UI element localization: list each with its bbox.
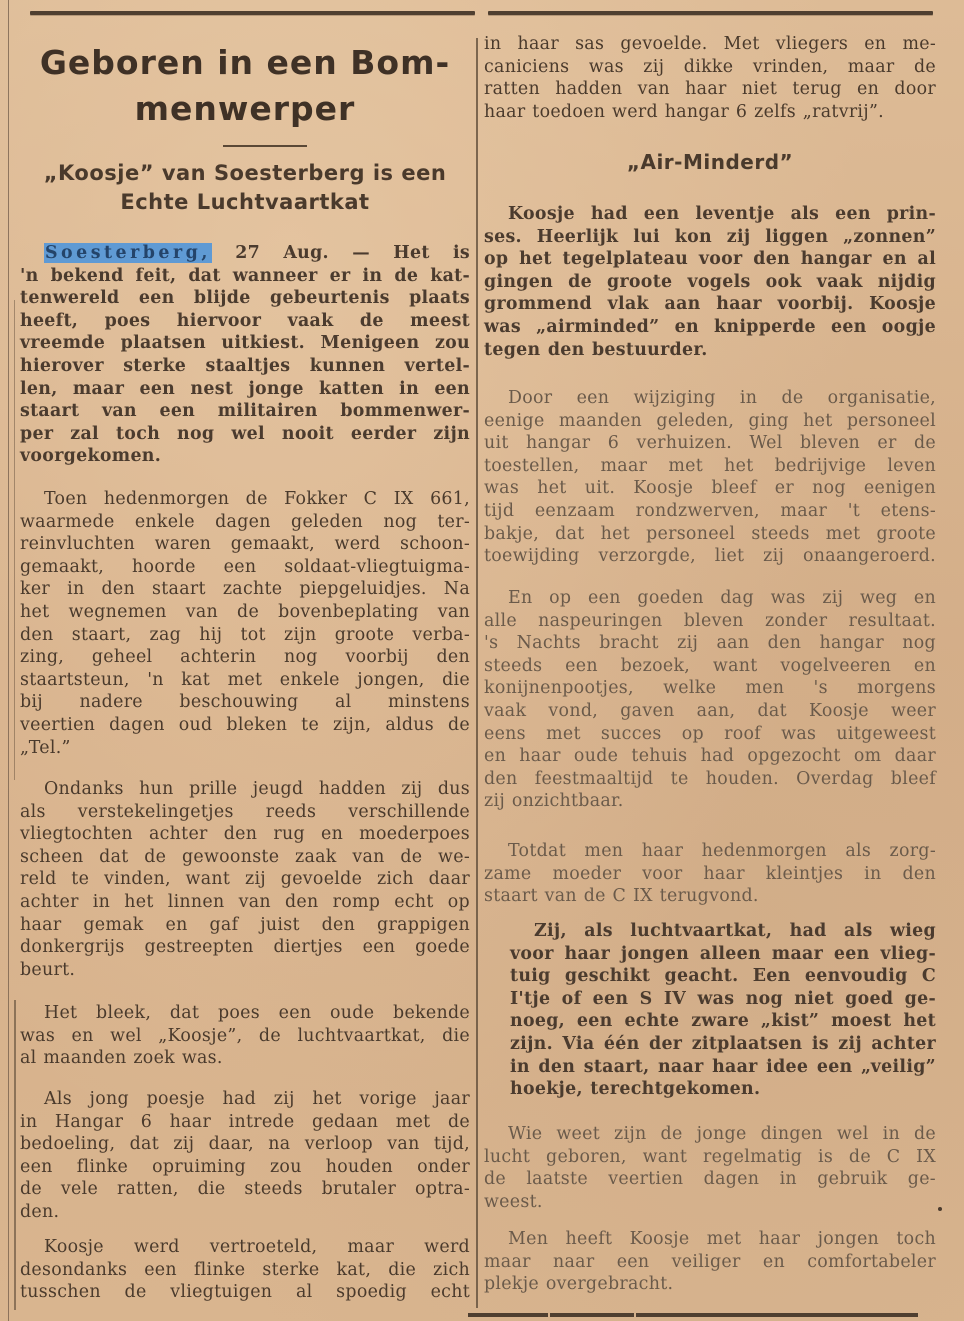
bottom-rule: [550, 1313, 634, 1317]
text-line: en haar oude tehuis had opgezocht om daa…: [484, 745, 936, 768]
paragraph: Het bleek, dat poes een oude bekende was…: [20, 1002, 470, 1070]
article-subheadline: „Koosje” van Soesterberg is een Echte Lu…: [20, 159, 470, 217]
text-line: in haar sas gevoelde. Met vliegers en me…: [484, 33, 936, 56]
left-margin-rule: [14, 1000, 16, 1310]
text-line: Wie weet zijn de jonge dingen wel in de: [484, 1123, 936, 1146]
article-headline: Geboren in een Bom- menwerper: [20, 40, 470, 132]
text-line: grommend vlak aan haar voorbij. Koosje: [484, 293, 936, 316]
text-line: voor haar jongen alleen maar een vlieg-: [510, 943, 936, 966]
paragraph: Door een wijziging in de organisatie, ee…: [484, 387, 936, 568]
text-line: weest.: [484, 1191, 936, 1214]
column-divider: [476, 38, 478, 1308]
text-line: tegen den bestuurder.: [484, 339, 936, 362]
text-line: zij onzichtbaar.: [484, 790, 936, 813]
text-line: in den staart, naar haar idee een „veili…: [510, 1056, 936, 1079]
text-line: gingen de groote vogels ook vaak nijdig: [484, 271, 936, 294]
left-margin-rule-upper: [14, 300, 15, 780]
text-line: den staart, zag hij tot zijn groote verb…: [20, 624, 470, 647]
text-line: tusschen de vliegtuigen al spoedig echt: [20, 1281, 470, 1304]
text-line: was „airminded” en knipperde een oogje: [484, 316, 936, 339]
continuation-paragraph: in haar sas gevoelde. Met vliegers en me…: [484, 33, 936, 123]
text-line: in Hangar 6 haar intrede gedaan met de: [20, 1111, 470, 1134]
text-line: konijnenpootjes, welke men 's morgens: [484, 677, 936, 700]
text-line: maar naar een veiliger en comfortabeler: [484, 1251, 936, 1274]
text-line: veertien dagen oud bleken te zijn, aldus…: [20, 714, 470, 737]
text-line: als verstekelingetjes reeds verschillend…: [20, 801, 470, 824]
dateline-city-highlighted[interactable]: Soesterberg,: [44, 243, 212, 263]
text-line: len, maar een nest jonge katten in een: [20, 378, 470, 401]
paragraph: Zij, als luchtvaartkat, had als wieg voo…: [510, 920, 936, 1101]
text-line: eenige maanden geleden, ging het persone…: [484, 410, 936, 433]
text-line: Het bleek, dat poes een oude bekende: [20, 1002, 470, 1025]
text-line: Zij, als luchtvaartkat, had als wieg: [510, 920, 936, 943]
paragraph: Koosje werd vertroeteld, maar werd deson…: [20, 1236, 470, 1304]
text-line: „Tel.”: [20, 737, 470, 760]
text-line: zijn. Via één der zitplaatsen is zij ach…: [510, 1033, 936, 1056]
top-rule-left: [30, 11, 475, 15]
text-line: En op een goeden dag was zij weg en: [484, 587, 936, 610]
text-line: eens met succes op roof was uitgeweest: [484, 723, 936, 746]
text-line: reinvluchten waren gemaakt, werd schoon-: [20, 533, 470, 556]
text-line: bakje, dat het personeel steeds met groo…: [484, 523, 936, 546]
text-line: zing, geheel achterin nog voorbij den: [20, 646, 470, 669]
text-line: was en wel „Koosje”, de luchtvaartkat, d…: [20, 1025, 470, 1048]
paragraph: Wie weet zijn de jonge dingen wel in de …: [484, 1123, 936, 1213]
text-line: staartsteun, 'n kat met enkele jongen, d…: [20, 669, 470, 692]
paragraph: Ondanks hun prille jeugd hadden zij dus …: [20, 778, 470, 981]
text-line: Als jong poesje had zij het vorige jaar: [20, 1088, 470, 1111]
paragraph: Men heeft Koosje met haar jongen toch ma…: [484, 1228, 936, 1296]
text-line: tuig geschikt geacht. Een eenvoudig C: [510, 965, 936, 988]
text-line: caniciens was zij dikke vrinden, maar de: [484, 56, 936, 79]
paragraph: En op een goeden dag was zij weg en alle…: [484, 587, 936, 813]
headline-line: Geboren in een Bom-: [20, 40, 470, 86]
text-line: 'n bekend feit, dat wanneer er in de kat…: [20, 265, 470, 288]
text-line: donkergrijs gestreepten diertjes een goe…: [20, 936, 470, 959]
subheadline-line: Echte Luchtvaartkat: [20, 188, 470, 217]
paragraph: Totdat men haar hedenmorgen als zorg- za…: [484, 840, 936, 908]
text-line: lucht geboren, want regelmatig is de C I…: [484, 1146, 936, 1169]
text-line: den.: [20, 1201, 470, 1224]
text-line: tenwereld een blijde gebeurtenis plaats: [20, 287, 470, 310]
text-line: Koosje had een leventje als een prin-: [484, 203, 936, 226]
text-line: den feestmaaltijd te houden. Overdag ble…: [484, 768, 936, 791]
text-line: vreemde plaatsen uitkiest. Menigeen zou: [20, 332, 470, 355]
top-rule-right: [488, 11, 933, 15]
text-line: waarmede enkele dagen geleden nog ter-: [20, 511, 470, 534]
text-line: reld te vinden, want zij gevoelde zich d…: [20, 868, 470, 891]
paragraph: Toen hedenmorgen de Fokker C IX 661, waa…: [20, 488, 470, 759]
text-line: Door een wijziging in de organisatie,: [484, 387, 936, 410]
text-line: hierover sterke staaltjes kunnen vertel-: [20, 355, 470, 378]
text-line: Toen hedenmorgen de Fokker C IX 661,: [20, 488, 470, 511]
text-line: I'tje of een S IV was nog niet goed ge-: [510, 988, 936, 1011]
text-line: scheen dat de gewoonste zaak van de we-: [20, 846, 470, 869]
text-line: per zal toch nog wel nooit eerder zijn: [20, 423, 470, 446]
text-line: ses. Heerlijk lui kon zij liggen „zonnen…: [484, 226, 936, 249]
text-line: vliegtochten achter den rug en moederpoe…: [20, 823, 470, 846]
paragraph: Koosje had een leventje als een prin- se…: [484, 203, 936, 361]
text-line: toewijding verzorgde, liet zij onaangero…: [484, 545, 936, 568]
text-line: zame moeder voor haar kleintjes in den: [484, 863, 936, 886]
text-line: bedoeling, dat zij daar, na verloop van …: [20, 1133, 470, 1156]
text-line: alle naspeuringen bleven zonder resultaa…: [484, 610, 936, 633]
text-line: uit hangar 6 verhuizen. Wel bleven er de: [484, 432, 936, 455]
text-line: Ondanks hun prille jeugd hadden zij dus: [20, 778, 470, 801]
text-line: tijd eenzaam rondzwerven, maar 't etens-: [484, 500, 936, 523]
text-line: hoekje, terechtgekomen.: [510, 1078, 936, 1101]
text-line: een flinke opruiming zou houden onder: [20, 1156, 470, 1179]
text-line: Men heeft Koosje met haar jongen toch: [484, 1228, 936, 1251]
bottom-rule: [468, 1313, 548, 1317]
text-line: staart van een militairen bommenwer-: [20, 400, 470, 423]
text-line: toestellen, maar met het bedrijvige leve…: [484, 455, 936, 478]
text-line: achter in het linnen van den romp echt o…: [20, 891, 470, 914]
subheadline-line: „Koosje” van Soesterberg is een: [20, 159, 470, 188]
dateline-line: Soesterberg, 27 Aug. — Het is: [20, 242, 470, 265]
text-line: bij nadere beschouwing al minstens: [20, 691, 470, 714]
text-line: plekje overgebracht.: [484, 1273, 936, 1296]
section-heading: „Air-Minderd”: [484, 150, 936, 174]
text-line: de vele ratten, die steeds brutaler optr…: [20, 1178, 470, 1201]
text-line: Totdat men haar hedenmorgen als zorg-: [484, 840, 936, 863]
text-line: noeg, een echte zware „kist” moest het: [510, 1010, 936, 1033]
bottom-rule: [636, 1313, 918, 1317]
text-line: het wegnemen van de bovenbeplating van: [20, 601, 470, 624]
text-line: desondanks een flinke sterke kat, die zi…: [20, 1259, 470, 1282]
text-line: vaak vond, gaven aan, dat Koosje weer: [484, 700, 936, 723]
headline-line: menwerper: [20, 86, 470, 132]
dateline-text: 27 Aug. — Het is: [212, 243, 470, 263]
text-line: de laatste veertien dagen in gebruik ge-: [484, 1168, 936, 1191]
text-line: ratten hadden van haar niet terug en doo…: [484, 78, 936, 101]
text-line: 's Nachts bracht zij aan den hangar nog: [484, 632, 936, 655]
text-line: voorgekomen.: [20, 445, 470, 468]
text-line: heeft, poes hiervoor vaak de meest: [20, 310, 470, 333]
text-line: op het tegelplateau voor den hangar en a…: [484, 248, 936, 271]
paragraph: Als jong poesje had zij het vorige jaar …: [20, 1088, 470, 1224]
text-line: haar gemak en gaf juist den grappigen: [20, 914, 470, 937]
clipping-edge-rule: [8, 0, 9, 1321]
headline-divider: [223, 145, 307, 147]
text-line: gemaakt, hoorde een soldaat-vliegtuigma-: [20, 556, 470, 579]
text-line: staart van de C IX terugvond.: [484, 885, 936, 908]
text-line: haar toedoen werd hangar 6 zelfs „ratvri…: [484, 101, 936, 124]
text-line: beurt.: [20, 959, 470, 982]
text-line: was het uit. Koosje bleef er nog eenigen: [484, 477, 936, 500]
text-line: al maanden zoek was.: [20, 1047, 470, 1070]
text-line: steeds een bezoek, want vogelveeren en: [484, 655, 936, 678]
lead-paragraph: Soesterberg, 27 Aug. — Het is 'n bekend …: [20, 242, 470, 468]
text-line: ker in den staart zachte piepgeluidjes. …: [20, 578, 470, 601]
text-line: Koosje werd vertroeteld, maar werd: [20, 1236, 470, 1259]
ink-fleck: [938, 1207, 942, 1211]
